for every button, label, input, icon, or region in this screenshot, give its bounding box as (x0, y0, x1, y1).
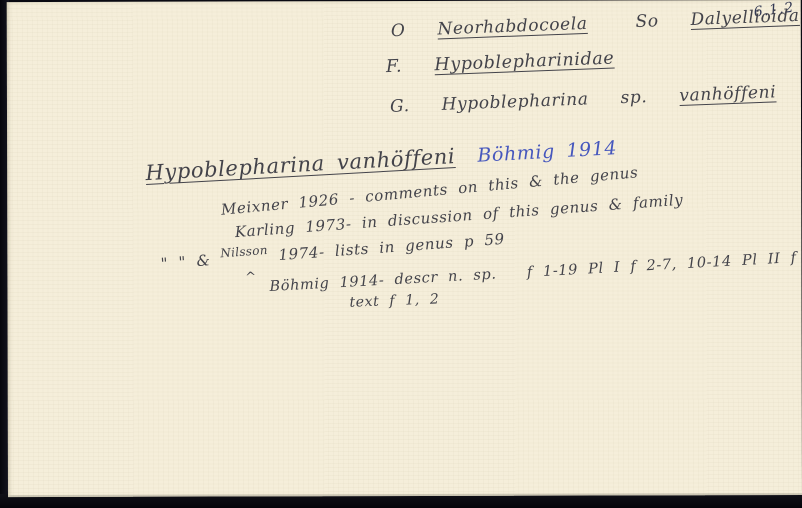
taxonomy-genus-line: G. Hypoblepharina sp. vanhöffeni (390, 82, 777, 116)
species-abbr: sp. (620, 87, 648, 108)
species-epithet: vanhöffeni (679, 82, 777, 106)
note-karling-nilsson-1974: " " & Nilsson 1974- lists in genus p 59 (160, 230, 505, 273)
species-binomial: Hypoblepharina vanhöffeni (145, 144, 456, 185)
family-name: Hypoblepharinidae (434, 49, 615, 76)
genus-prefix: G. (390, 96, 410, 117)
inserted-name: Nilsson (220, 243, 268, 260)
insertion-caret: ^ (245, 270, 257, 286)
order-prefix: O (391, 21, 406, 42)
bohmig-descr-text: Böhmig 1914- descr n. sp. (269, 267, 497, 295)
bohmig-figures-text: f 1-19 Pl I f 2-7, 10-14 Pl II f 15,19 (526, 247, 802, 281)
taxonomy-family-line: F. Hypoblepharinidae (386, 49, 615, 78)
spacer (599, 27, 625, 28)
note-text-figures: text f 1, 2 (349, 291, 439, 310)
ditto-marks: " " & (160, 251, 211, 273)
suborder-prefix: So (635, 11, 659, 32)
suborder-name: Dalyellioida (690, 6, 800, 30)
genus-name: Hypoblepharina (441, 89, 589, 114)
species-authority: Böhmig 1914 (477, 137, 618, 167)
index-card: 6.1.2 O Neorhabdocoela So Dalyellioida F… (7, 0, 802, 497)
family-prefix: F. (386, 56, 403, 77)
order-name: Neorhabdocoela (437, 14, 588, 40)
spacer (507, 277, 517, 278)
taxonomy-order-line: O Neorhabdocoela So Dalyellioida (391, 6, 800, 41)
